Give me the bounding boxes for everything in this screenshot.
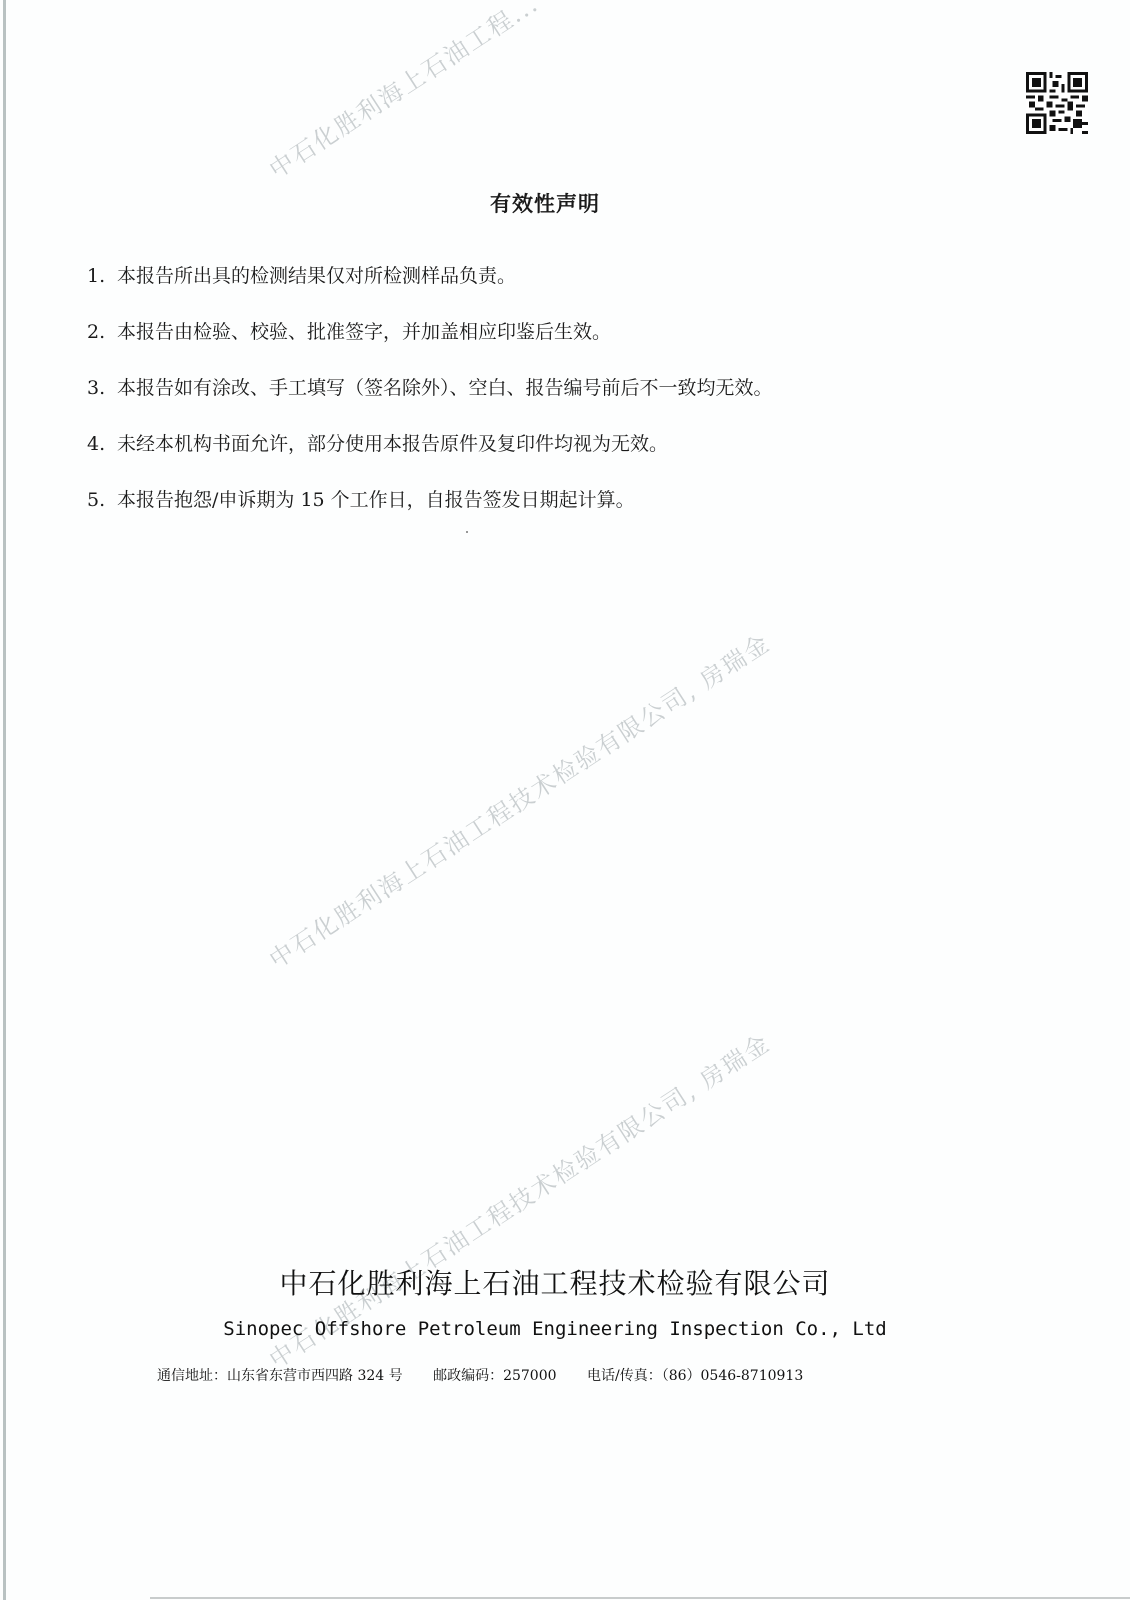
phone-fax: 电话/传真：（86）0546-8710913 bbox=[587, 1368, 803, 1384]
clause-text: 本报告如有涂改、手工填写（签名除外）、空白、报告编号前后不一致均无效。 bbox=[117, 377, 773, 399]
clause-number: 4. bbox=[87, 432, 117, 456]
scan-speck bbox=[466, 531, 468, 533]
page-title: 有效性声明 bbox=[0, 188, 1090, 218]
company-name-english: Sinopec Offshore Petroleum Engineering I… bbox=[0, 1318, 1110, 1340]
clause-item: 4.未经本机构书面允许，部分使用本报告原件及复印件均视为无效。 bbox=[87, 432, 773, 488]
clause-number: 3. bbox=[87, 376, 117, 400]
clause-text: 本报告抱怨/申诉期为 15 个工作日，自报告签发日期起计算。 bbox=[117, 489, 635, 511]
contact-info: 通信地址：山东省东营市西四路 324 号 邮政编码：257000 电话/传真：（… bbox=[157, 1365, 829, 1385]
validity-clauses: 1.本报告所出具的检测结果仅对所检测样品负责。 2.本报告由检验、校验、批准签字… bbox=[87, 264, 773, 544]
clause-text: 本报告由检验、校验、批准签字，并加盖相应印鉴后生效。 bbox=[117, 321, 611, 343]
clause-item: 1.本报告所出具的检测结果仅对所检测样品负责。 bbox=[87, 264, 773, 320]
clause-item: 5.本报告抱怨/申诉期为 15 个工作日，自报告签发日期起计算。 bbox=[87, 488, 773, 544]
watermark: 中石化胜利海上石油工程技术检验有限公司, 房瑞金 bbox=[261, 624, 776, 975]
company-name-chinese: 中石化胜利海上石油工程技术检验有限公司 bbox=[0, 1262, 1110, 1302]
clause-number: 5. bbox=[87, 488, 117, 512]
postcode: 邮政编码：257000 bbox=[433, 1368, 556, 1384]
qr-code-icon bbox=[1026, 72, 1088, 134]
clause-item: 2.本报告由检验、校验、批准签字，并加盖相应印鉴后生效。 bbox=[87, 320, 773, 376]
scan-edge-bottom bbox=[150, 1597, 1130, 1599]
document-page: 中石化胜利海上石油工程... 中石化胜利海上石油工程技术检验有限公司, 房瑞金 … bbox=[0, 0, 1130, 1600]
clause-number: 1. bbox=[87, 264, 117, 288]
clause-item: 3.本报告如有涂改、手工填写（签名除外）、空白、报告编号前后不一致均无效。 bbox=[87, 376, 773, 432]
clause-text: 本报告所出具的检测结果仅对所检测样品负责。 bbox=[117, 265, 516, 287]
watermark: 中石化胜利海上石油工程... bbox=[261, 0, 544, 185]
clause-text: 未经本机构书面允许，部分使用本报告原件及复印件均视为无效。 bbox=[117, 433, 668, 455]
scan-edge-left bbox=[3, 0, 6, 1600]
clause-number: 2. bbox=[87, 320, 117, 344]
address: 通信地址：山东省东营市西四路 324 号 bbox=[157, 1368, 403, 1384]
